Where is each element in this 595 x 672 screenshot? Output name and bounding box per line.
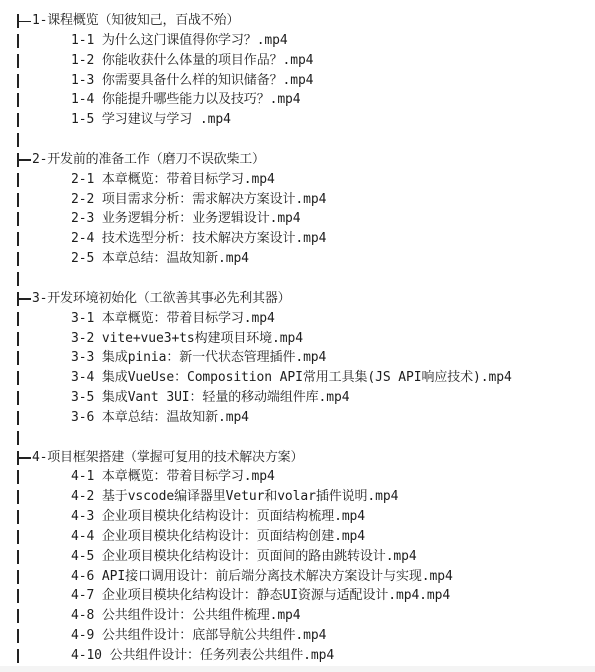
file-row: 3-1 本章概览：带着目标学习.mp4 <box>14 309 595 329</box>
file-row: 3-2 vite+vue3+ts构建项目环境.mp4 <box>14 329 595 349</box>
tree-pipe-icon <box>17 609 19 623</box>
tree-pipe-icon <box>17 212 19 226</box>
file-name: 2-5 本章总结：温故知新.mp4 <box>71 249 249 269</box>
file-row: 3-3 集成pinia：新一代状态管理插件.mp4 <box>14 348 595 368</box>
file-row: 1-4 你能提升哪些能力以及技巧？.mp4 <box>14 90 595 110</box>
file-row: 1-5 学习建议与学习 .mp4 <box>14 110 595 130</box>
file-name: 4-8 公共组件设计：公共组件梳理.mp4 <box>71 606 301 626</box>
file-name: 3-2 vite+vue3+ts构建项目环境.mp4 <box>71 329 303 349</box>
file-row: 2-3 业务逻辑分析：业务逻辑设计.mp4 <box>14 209 595 229</box>
tree-pipe-icon <box>17 312 19 326</box>
file-name: 4-5 企业项目模块化结构设计：页面间的路由跳转设计.mp4 <box>71 547 417 567</box>
tree-branch-connector <box>18 159 31 161</box>
file-row: 1-2 你能收获什么体量的项目作品？.mp4 <box>14 51 595 71</box>
file-row: 4-10 公共组件设计：任务列表公共组件.mp4 <box>14 646 595 666</box>
file-name: 4-2 基于vscode编译器里Vetur和volar插件说明.mp4 <box>71 487 398 507</box>
file-row: 3-5 集成Vant 3UI：轻量的移动端组件库.mp4 <box>14 388 595 408</box>
tree-pipe-icon <box>17 391 19 405</box>
chapter-3-row: 3-开发环境初始化（工欲善其事必先利其器） <box>14 289 595 309</box>
chapter-title: 4-项目框架搭建（掌握可复用的技术解决方案） <box>32 448 303 468</box>
tree-pipe-icon <box>17 34 19 48</box>
tree-pipe-icon <box>17 173 19 187</box>
file-name: 4-6 API接口调用设计：前后端分离技术解决方案设计与实现.mp4 <box>71 567 453 587</box>
file-name: 4-3 企业项目模块化结构设计：页面结构梳理.mp4 <box>71 507 365 527</box>
file-name: 3-4 集成VueUse：Composition API常用工具集(JS API… <box>71 368 512 388</box>
tree-pipe-icon <box>17 431 19 445</box>
file-name: 2-3 业务逻辑分析：业务逻辑设计.mp4 <box>71 209 301 229</box>
tree-pipe-icon <box>17 411 19 425</box>
chapter-title: 3-开发环境初始化（工欲善其事必先利其器） <box>32 289 290 309</box>
file-row: 4-6 API接口调用设计：前后端分离技术解决方案设计与实现.mp4 <box>14 567 595 587</box>
tree-pipe-icon <box>17 54 19 68</box>
chapter-1-row: 1-课程概览（知彼知己，百战不殆） <box>14 11 595 31</box>
tree-branch-connector <box>18 298 31 300</box>
tree-pipe-icon <box>17 371 19 385</box>
file-row: 4-3 企业项目模块化结构设计：页面结构梳理.mp4 <box>14 507 595 527</box>
file-row: 1-3 你需要具备什么样的知识储备？.mp4 <box>14 71 595 91</box>
tree-pipe-icon <box>17 530 19 544</box>
file-name: 2-4 技术选型分析：技术解决方案设计.mp4 <box>71 229 326 249</box>
course-directory-tree: 1-课程概览（知彼知己，百战不殆） 1-1 为什么这门课值得你学习？.mp4 1… <box>14 11 595 666</box>
file-row: 2-5 本章总结：温故知新.mp4 <box>14 249 595 269</box>
file-row: 4-7 企业项目模块化结构设计：静态UI资源与适配设计.mp4.mp4 <box>14 586 595 606</box>
file-name: 1-2 你能收获什么体量的项目作品？.mp4 <box>71 51 313 71</box>
file-row: 3-6 本章总结：温故知新.mp4 <box>14 408 595 428</box>
file-row: 4-5 企业项目模块化结构设计：页面间的路由跳转设计.mp4 <box>14 547 595 567</box>
tree-pipe-icon <box>17 490 19 504</box>
file-row: 3-4 集成VueUse：Composition API常用工具集(JS API… <box>14 368 595 388</box>
tree-pipe-icon <box>17 74 19 88</box>
file-name: 3-6 本章总结：温故知新.mp4 <box>71 408 249 428</box>
spacer-row <box>14 269 595 289</box>
spacer-row <box>14 130 595 150</box>
chapter-4-row: 4-项目框架搭建（掌握可复用的技术解决方案） <box>14 448 595 468</box>
file-name: 1-4 你能提升哪些能力以及技巧？.mp4 <box>71 90 301 110</box>
tree-pipe-icon <box>17 332 19 346</box>
tree-pipe-icon <box>17 193 19 207</box>
file-row: 4-2 基于vscode编译器里Vetur和volar插件说明.mp4 <box>14 487 595 507</box>
file-row: 4-4 企业项目模块化结构设计：页面结构创建.mp4 <box>14 527 595 547</box>
file-name: 4-10 公共组件设计：任务列表公共组件.mp4 <box>71 646 334 666</box>
file-name: 1-5 学习建议与学习 .mp4 <box>71 110 231 130</box>
tree-pipe-icon <box>17 113 19 127</box>
tree-pipe-icon <box>17 252 19 266</box>
tree-pipe-icon <box>17 510 19 524</box>
file-name: 1-1 为什么这门课值得你学习？.mp4 <box>71 31 288 51</box>
file-name: 4-9 公共组件设计：底部导航公共组件.mp4 <box>71 626 326 646</box>
tree-pipe-icon <box>17 550 19 564</box>
tree-pipe-icon <box>17 93 19 107</box>
spacer-row <box>14 428 595 448</box>
tree-pipe-icon <box>17 133 19 147</box>
file-name: 4-4 企业项目模块化结构设计：页面结构创建.mp4 <box>71 527 365 547</box>
file-row: 2-1 本章概览：带着目标学习.mp4 <box>14 170 595 190</box>
bottom-edge <box>0 666 595 672</box>
chapter-2-row: 2-开发前的准备工作（磨刀不误砍柴工） <box>14 150 595 170</box>
file-name: 2-1 本章概览：带着目标学习.mp4 <box>71 170 275 190</box>
file-row: 2-2 项目需求分析：需求解决方案设计.mp4 <box>14 190 595 210</box>
file-name: 3-1 本章概览：带着目标学习.mp4 <box>71 309 275 329</box>
file-name: 1-3 你需要具备什么样的知识储备？.mp4 <box>71 71 313 91</box>
file-row: 4-9 公共组件设计：底部导航公共组件.mp4 <box>14 626 595 646</box>
tree-pipe-icon <box>17 589 19 603</box>
file-name: 3-3 集成pinia：新一代状态管理插件.mp4 <box>71 348 326 368</box>
tree-pipe-icon <box>17 629 19 643</box>
chapter-title: 2-开发前的准备工作（磨刀不误砍柴工） <box>32 150 265 170</box>
tree-branch-connector <box>18 457 31 459</box>
file-name: 4-7 企业项目模块化结构设计：静态UI资源与适配设计.mp4.mp4 <box>71 586 450 606</box>
chapter-title: 1-课程概览（知彼知己，百战不殆） <box>32 11 239 31</box>
file-name: 2-2 项目需求分析：需求解决方案设计.mp4 <box>71 190 326 210</box>
file-row: 4-8 公共组件设计：公共组件梳理.mp4 <box>14 606 595 626</box>
tree-pipe-icon <box>17 232 19 246</box>
tree-pipe-icon <box>17 470 19 484</box>
tree-branch-connector <box>18 21 31 23</box>
tree-pipe-icon <box>17 649 19 663</box>
file-name: 3-5 集成Vant 3UI：轻量的移动端组件库.mp4 <box>71 388 349 408</box>
file-row: 1-1 为什么这门课值得你学习？.mp4 <box>14 31 595 51</box>
file-name: 4-1 本章概览：带着目标学习.mp4 <box>71 467 275 487</box>
tree-pipe-icon <box>17 570 19 584</box>
file-row: 4-1 本章概览：带着目标学习.mp4 <box>14 467 595 487</box>
tree-pipe-icon <box>17 272 19 286</box>
tree-pipe-icon <box>17 351 19 365</box>
file-row: 2-4 技术选型分析：技术解决方案设计.mp4 <box>14 229 595 249</box>
